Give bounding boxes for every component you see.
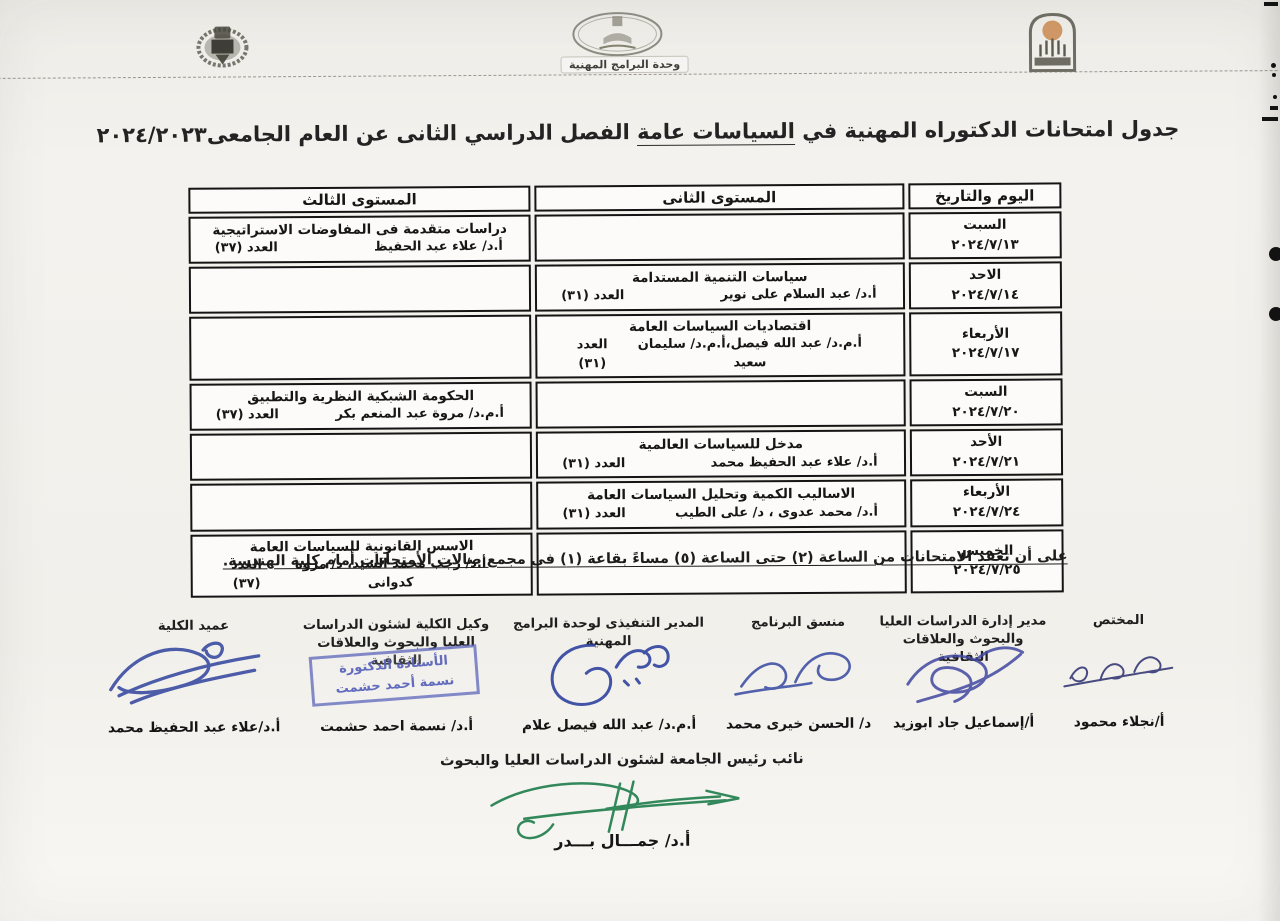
date-cell: الأحد ٢٠٢٤/٧/٢١ [909,429,1063,477]
sig-title: مدير إدارة الدراسات العليا والبحوث والعل… [878,613,1048,667]
specialist-signature-icon [1056,644,1181,695]
scanned-document: وحدة البرامج المهنية جدول امتحانات الدكت… [0,0,1280,921]
scan-artifact [1272,73,1276,77]
date-cell: السبت ٢٠٢٤/٧/٢٠ [909,379,1063,427]
university-emblem-icon [1023,10,1081,72]
unit-label: وحدة البرامج المهنية [561,56,689,74]
title-suffix: الفصل الدراسي الثانى عن العام الجامعى٢٠٢… [97,120,638,147]
title-prefix: جدول امتحانات الدكتوراه المهنية في [795,117,1180,143]
table-row: الأربعاء ٢٠٢٤/٧/١٧ اقتصاديات السياسات ال… [189,312,1062,381]
course-cell: دراسات متقدمة فى المفاوضات الاستراتيجية … [189,215,531,264]
date-cell: الأربعاء ٢٠٢٤/٧/٢٤ [910,479,1064,527]
sig-title: منسق البرنامج [723,614,873,633]
course-cell: مدخل للسياسات العالمية أ.د/ علاء عبد الح… [536,430,906,479]
signature-block-executive-director: المدير التنفيذى لوحدة البرامج المهنية أ.… [501,615,717,734]
faculty-emblem-icon [195,22,249,68]
table-row: السبت ٢٠٢٤/٧/٢٠ الحكومة الشبكية النظرية … [190,379,1063,431]
coordinator-signature-icon [731,642,866,703]
col-header-date: اليوم والتاريخ [908,182,1062,209]
sig-name: أ.د/ نسمة احمد حشمت [297,718,497,735]
empty-cell [190,432,532,481]
signature-block-vice-president: نائب رئيس الجامعة لشئون الدراسات العليا … [342,750,903,851]
scan-artifact [1269,307,1280,321]
empty-cell [536,380,906,429]
paper-sheet: وحدة البرامج المهنية جدول امتحانات الدكت… [0,0,1280,921]
page-title: جدول امتحانات الدكتوراه المهنية في السيا… [0,116,1278,148]
table-row: الأربعاء ٢٠٢٤/٧/٢٤ الاساليب الكمية وتحلي… [190,479,1063,531]
scan-artifact [1264,2,1278,6]
title-underlined: السياسات عامة [637,119,795,146]
sig-title: عميد الكلية [96,617,291,636]
sig-title: المختص [1056,612,1181,631]
course-cell: الاساليب الكمية وتحليل السياسات العامة أ… [536,480,906,529]
footer-name: أ.د/ جمـــال بـــدر [342,829,902,851]
course-cell: الحكومة الشبكية النظرية والتطبيق أ.م.د/ … [190,382,532,431]
signature-block-coordinator: منسق البرنامج د/ الحسن خيرى محمد [723,614,874,733]
sig-name: أ/إسماعيل جاد ابوزيد [879,715,1049,732]
signature-block-vice-dean: وكيل الكلية لشئون الدراسات العليا والبحو… [296,616,497,735]
col-header-level2: المستوى الثانى [535,183,905,211]
signature-block-postgrad-director: مدير إدارة الدراسات العليا والبحوث والعل… [878,613,1049,732]
date-cell: الأربعاء ٢٠٢٤/٧/١٧ [909,312,1063,377]
signature-block-dean: عميد الكلية أ.د/علاء عبد الحفيظ محمد [96,617,292,736]
empty-cell [535,212,905,261]
empty-cell [190,482,532,531]
scan-artifact [1273,95,1277,99]
exam-schedule-table: اليوم والتاريخ المستوى الثانى المستوى ال… [184,179,1068,601]
scan-artifact [1262,117,1278,121]
date-cell: السبت ٢٠٢٤/٧/١٣ [908,211,1062,259]
course-cell: سياسات التنمية المستدامة أ.د/ عبد السلام… [535,263,905,312]
unit-emblem-icon [569,10,665,59]
course-cell: اقتصاديات السياسات العامة أ.م.د/ عبد الل… [535,313,905,379]
sig-name: د/ الحسن خيرى محمد [724,716,874,733]
table-row: السبت ٢٠٢٤/٧/١٣ دراسات متقدمة فى المفاوض… [189,211,1062,263]
col-header-level3: المستوى الثالث [188,186,530,214]
footer-title: نائب رئيس الجامعة لشئون الدراسات العليا … [342,750,902,769]
signature-block-specialist: المختص أ/نجلاء محمود [1056,612,1182,731]
sig-name: أ.م.د/ عبد الله فيصل علام [502,717,717,734]
date-cell: الاحد ٢٠٢٤/٧/١٤ [908,262,1062,310]
table-row: الاحد ٢٠٢٤/٧/١٤ سياسات التنمية المستدامة… [189,262,1062,314]
empty-cell [189,315,532,381]
scan-artifact [1270,106,1278,110]
table-row: الأحد ٢٠٢٤/٧/٢١ مدخل للسياسات العالمية أ… [190,429,1063,481]
scan-artifact [1269,247,1280,261]
dean-signature-icon [104,637,269,710]
table-header-row: اليوم والتاريخ المستوى الثانى المستوى ال… [188,182,1061,213]
sig-name: أ.د/علاء عبد الحفيظ محمد [97,719,292,736]
empty-cell [189,265,531,314]
scan-artifact [1271,63,1276,68]
sig-name: أ/نجلاء محمود [1057,714,1182,731]
sig-title: المدير التنفيذى لوحدة البرامج المهنية [501,615,716,652]
